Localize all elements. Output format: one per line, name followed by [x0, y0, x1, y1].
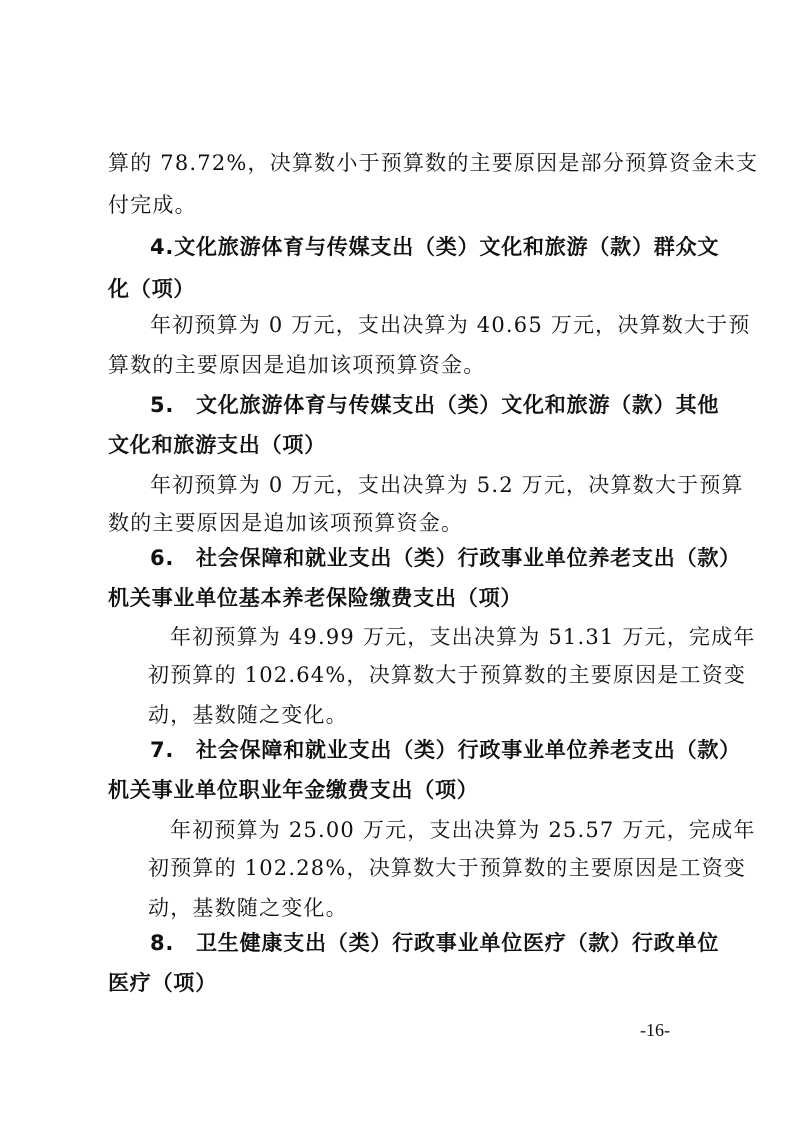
paragraph-line: 年初预算为 0 万元，支出决算为 40.65 万元，决算数大于预 — [150, 310, 693, 340]
paragraph-line: 初预算的 102.28%，决算数大于预算数的主要原因是工资变 — [148, 853, 693, 883]
section-heading-8: 8. 卫生健康支出（类）行政事业单位医疗（款）行政单位 — [150, 928, 693, 958]
paragraph-line: 算数的主要原因是追加该项预算资金。 — [108, 350, 693, 380]
document-page: 算的 78.72%，决算数小于预算数的主要原因是部分预算资金未支 付完成。 4.… — [0, 0, 793, 1122]
paragraph-line: 算的 78.72%，决算数小于预算数的主要原因是部分预算资金未支 — [108, 148, 693, 178]
paragraph-line: 初预算的 102.64%，决算数大于预算数的主要原因是工资变 — [148, 660, 693, 690]
section-heading-6: 6. 社会保障和就业支出（类）行政事业单位养老支出（款） — [150, 543, 693, 573]
paragraph-line: 年初预算为 0 万元，支出决算为 5.2 万元，决算数大于预算 — [150, 470, 693, 500]
section-heading-6-cont: 机关事业单位基本养老保险缴费支出（项） — [108, 583, 693, 613]
section-heading-4: 4.文化旅游体育与传媒支出（类）文化和旅游（款）群众文 — [150, 232, 693, 262]
paragraph-line: 数的主要原因是追加该项预算资金。 — [108, 508, 693, 538]
paragraph-line: 年初预算为 49.99 万元，支出决算为 51.31 万元，完成年 — [170, 622, 693, 652]
paragraph-line: 动，基数随之变化。 — [148, 893, 733, 923]
section-heading-8-cont: 医疗（项） — [108, 968, 693, 998]
page-number: -16- — [640, 1018, 670, 1042]
paragraph-line: 付完成。 — [108, 190, 693, 220]
section-heading-5: 5. 文化旅游体育与传媒支出（类）文化和旅游（款）其他 — [150, 390, 693, 420]
section-heading-4-cont: 化（项） — [108, 274, 693, 304]
paragraph-line: 年初预算为 25.00 万元，支出决算为 25.57 万元，完成年 — [170, 815, 693, 845]
section-heading-7: 7. 社会保障和就业支出（类）行政事业单位养老支出（款） — [150, 735, 693, 765]
paragraph-line: 动，基数随之变化。 — [148, 700, 733, 730]
section-heading-5-cont: 文化和旅游支出（项） — [108, 430, 693, 460]
section-heading-7-cont: 机关事业单位职业年金缴费支出（项） — [108, 775, 693, 805]
